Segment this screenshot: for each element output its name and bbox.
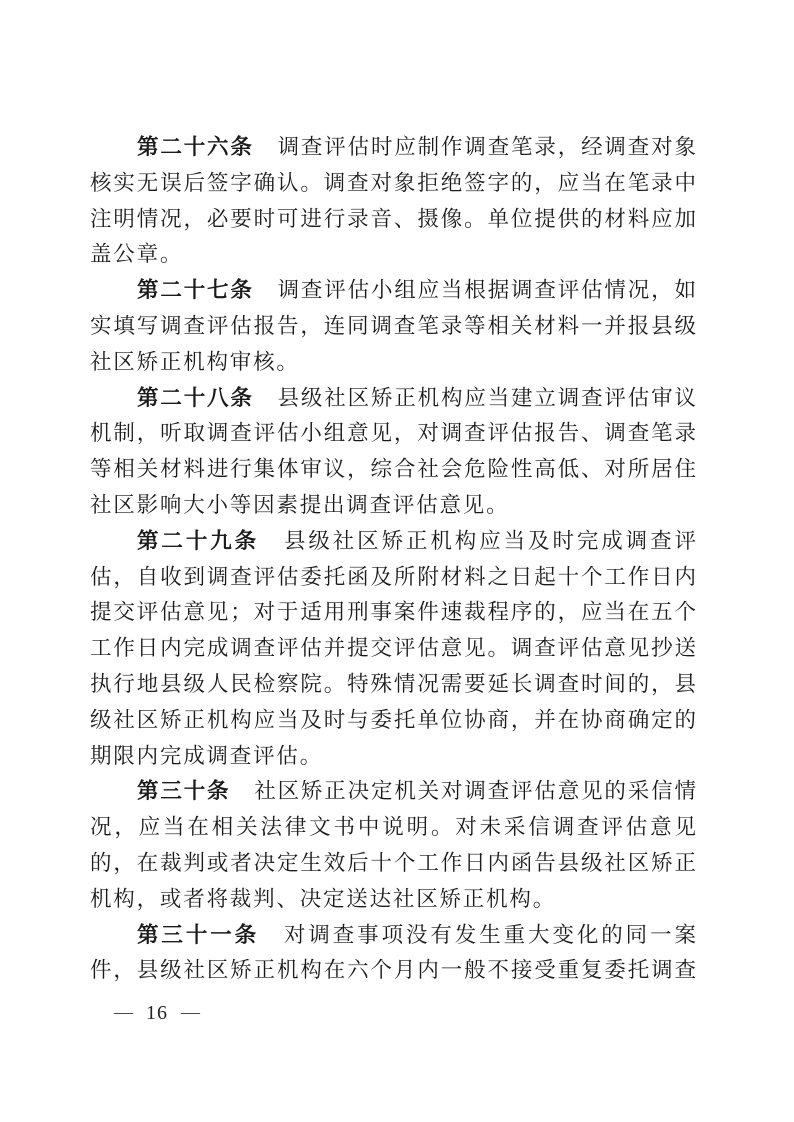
article-number: 第二十八条	[137, 386, 254, 410]
line-text: 对调查事项没有发生重大变化的同一案	[281, 923, 696, 947]
article-line: 第三十一条对调查事项没有发生重大变化的同一案	[90, 918, 696, 954]
article-line: 注明情况，必要时可进行录音、摄像。单位提供的材料应加	[90, 202, 696, 238]
article-line: 社区影响大小等因素提出调查评估意见。	[90, 488, 696, 524]
article-line: 第二十六条调查评估时应制作调查笔录，经调查对象	[90, 130, 696, 166]
line-text: 县级社区矫正机构应当及时完成调查评	[281, 529, 696, 553]
article-line: 等相关材料进行集体审议，综合社会危险性高低、对所居住	[90, 452, 696, 488]
page-footer: — 16 —	[114, 1001, 200, 1025]
article-line: 社区矫正机构审核。	[90, 345, 696, 381]
article-line: 的，在裁判或者决定生效后十个工作日内函告县级社区矫正	[90, 846, 696, 882]
article-line: 执行地县级人民检察院。特殊情况需要延长调查时间的，县	[90, 667, 696, 703]
paragraph: 第二十七条调查评估小组应当根据调查评估情况，如实填写调查评估报告，连同调查笔录等…	[90, 273, 696, 380]
paragraph: 第二十九条县级社区矫正机构应当及时完成调查评估，自收到调查评估委托函及所附材料之…	[90, 524, 696, 775]
line-text: 县级社区矫正机构应当建立调查评估审议	[276, 386, 696, 410]
term-gap	[254, 404, 276, 405]
article-line: 核实无误后签字确认。调查对象拒绝签字的，应当在笔录中	[90, 166, 696, 202]
line-text: 社区矫正决定机关对调查评估意见的采信情	[252, 779, 696, 803]
article-line: 实填写调查评估报告，连同调查笔录等相关材料一并报县级	[90, 309, 696, 345]
article-line: 机制，听取调查评估小组意见，对调查评估报告、调查笔录	[90, 416, 696, 452]
article-line: 第二十八条县级社区矫正机构应当建立调查评估审议	[90, 381, 696, 417]
article-number: 第三十一条	[137, 923, 259, 947]
article-line: 件，县级社区矫正机构在六个月内一般不接受重复委托调查	[90, 953, 696, 989]
term-gap	[259, 941, 281, 942]
article-number: 第二十六条	[137, 135, 254, 159]
line-text: 调查评估时应制作调查笔录，经调查对象	[276, 135, 696, 159]
document-page: 第二十六条调查评估时应制作调查笔录，经调查对象核实无误后签字确认。调查对象拒绝签…	[0, 0, 794, 1122]
article-line: 况，应当在相关法律文书中说明。对未采信调查评估意见	[90, 810, 696, 846]
term-gap	[254, 153, 276, 154]
paragraph: 第三十条社区矫正决定机关对调查评估意见的采信情况，应当在相关法律文书中说明。对未…	[90, 774, 696, 917]
article-line: 第三十条社区矫正决定机关对调查评估意见的采信情	[90, 774, 696, 810]
article-line: 级社区矫正机构应当及时与委托单位协商，并在协商确定的	[90, 703, 696, 739]
article-line: 提交评估意见；对于适用刑事案件速裁程序的，应当在五个	[90, 595, 696, 631]
article-line: 机构，或者将裁判、决定送达社区矫正机构。	[90, 882, 696, 918]
paragraph: 第三十一条对调查事项没有发生重大变化的同一案件，县级社区矫正机构在六个月内一般不…	[90, 918, 696, 990]
article-number: 第二十七条	[137, 278, 254, 302]
article-line: 第二十九条县级社区矫正机构应当及时完成调查评	[90, 524, 696, 560]
term-gap	[259, 547, 281, 548]
footer-dash-left: —	[114, 1001, 133, 1025]
article-number: 第三十条	[137, 779, 230, 803]
article-line: 盖公章。	[90, 237, 696, 273]
article-line: 工作日内完成调查评估并提交评估意见。调查评估意见抄送	[90, 631, 696, 667]
line-text: 调查评估小组应当根据调查评估情况，如	[276, 278, 696, 302]
article-number: 第二十九条	[137, 529, 259, 553]
article-line: 期限内完成调查评估。	[90, 739, 696, 775]
term-gap	[230, 797, 252, 798]
paragraph: 第二十八条县级社区矫正机构应当建立调查评估审议机制，听取调查评估小组意见，对调查…	[90, 381, 696, 524]
document-body: 第二十六条调查评估时应制作调查笔录，经调查对象核实无误后签字确认。调查对象拒绝签…	[90, 130, 696, 989]
article-line: 第二十七条调查评估小组应当根据调查评估情况，如	[90, 273, 696, 309]
page-number: 16	[146, 1001, 168, 1025]
footer-dash-right: —	[181, 1001, 200, 1025]
paragraph: 第二十六条调查评估时应制作调查笔录，经调查对象核实无误后签字确认。调查对象拒绝签…	[90, 130, 696, 273]
article-line: 估，自收到调查评估委托函及所附材料之日起十个工作日内	[90, 560, 696, 596]
term-gap	[254, 296, 276, 297]
